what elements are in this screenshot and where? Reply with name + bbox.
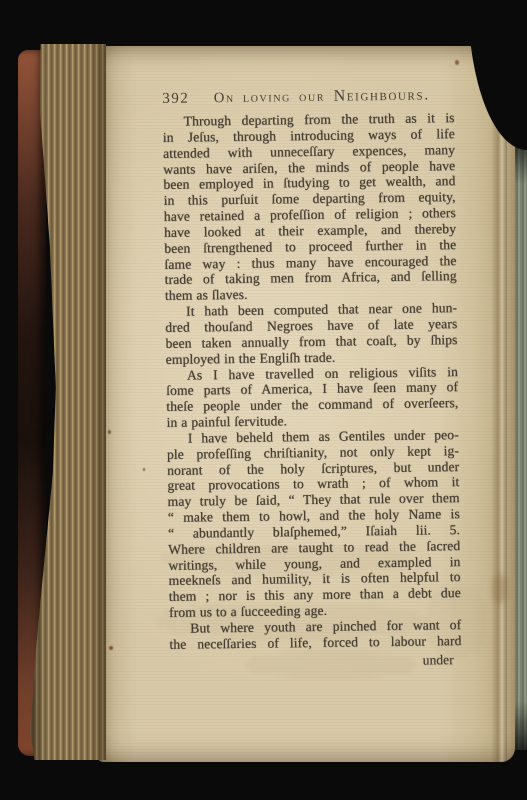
paragraph: It hath been computed that near one hun-… — [165, 300, 458, 367]
foxing-spot — [109, 646, 113, 650]
text-line: the neceſſaries of life, forced to labou… — [169, 633, 461, 653]
running-title-lead: On loving our — [214, 89, 325, 106]
page-text: 392 On loving our Neighbours. Through de… — [162, 86, 462, 671]
stain — [492, 574, 508, 604]
foxing-spot — [455, 60, 459, 65]
page-body: Through departing from the truth as it i… — [163, 110, 462, 652]
paragraph: I have beheld them as Gentiles under peo… — [167, 427, 461, 621]
page-number: 392 — [162, 91, 189, 108]
ink-speck — [108, 430, 111, 434]
paragraph: As I have travelled on religious viſits … — [166, 364, 459, 431]
catchword: under — [170, 652, 462, 672]
running-header: 392 On loving our Neighbours. — [162, 86, 454, 108]
gutter-crease — [491, 46, 507, 762]
photo-background: 392 On loving our Neighbours. Through de… — [0, 0, 527, 800]
book-page: 392 On loving our Neighbours. Through de… — [96, 46, 515, 762]
paragraph: But where youth are pinched for want oft… — [169, 617, 461, 653]
paragraph: Through departing from the truth as it i… — [163, 110, 457, 304]
running-title-emphasis: Neighbours. — [334, 86, 430, 104]
ink-speck — [143, 468, 145, 471]
running-title: On loving our Neighbours. — [189, 86, 454, 107]
